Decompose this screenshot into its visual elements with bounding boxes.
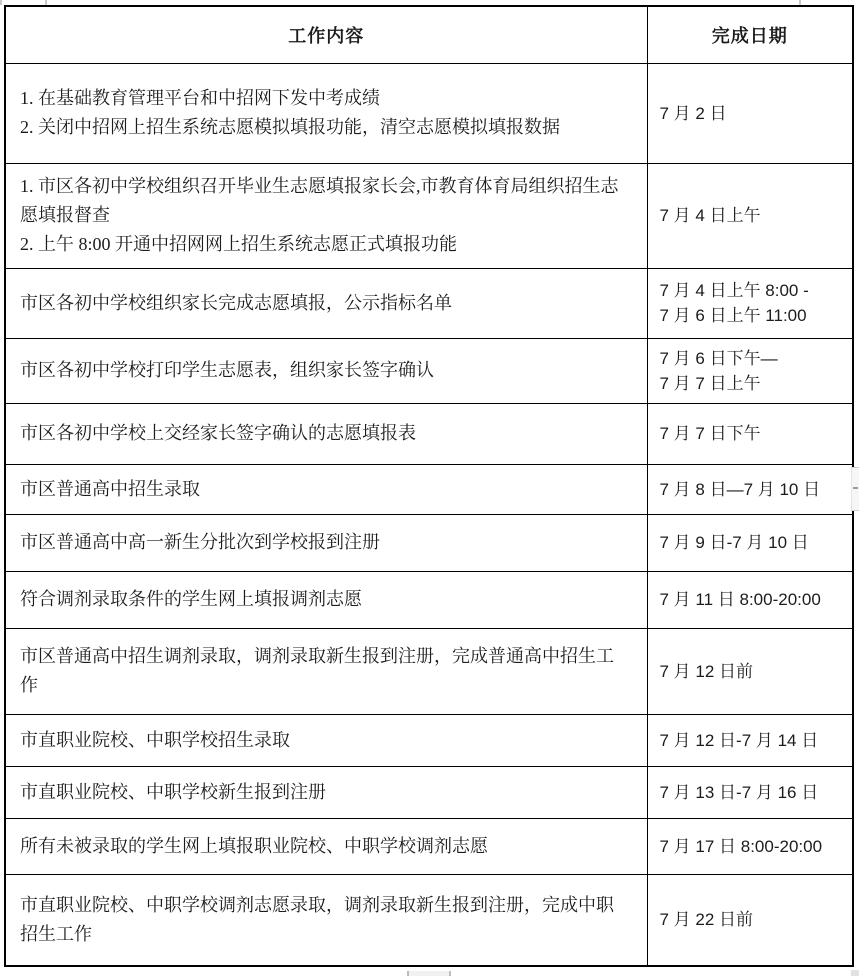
date-cell: 7 月 4 日上午 — [647, 163, 853, 268]
document-page: 工作内容 完成日期 1. 在基础教育管理平台和中招网下发中考成绩 2. 关闭中招… — [0, 0, 859, 976]
date-cell: 7 月 12 日-7 月 14 日 — [647, 714, 853, 766]
table-row: 市直职业院校、中职学校调剂志愿录取，调剂录取新生报到注册，完成中职招生工作 7 … — [5, 874, 853, 966]
table-row: 市区各初中学校组织家长完成志愿填报，公示指标名单 7 月 4 日上午 8:00 … — [5, 268, 853, 338]
table-row: 市区普通高中招生调剂录取，调剂录取新生报到注册，完成普通高中招生工作 7 月 1… — [5, 628, 853, 714]
date-cell: 7 月 17 日 8:00-20:00 — [647, 818, 853, 874]
date-cell: 7 月 4 日上午 8:00 - 7 月 6 日上午 11:00 — [647, 268, 853, 338]
table-row: 市区普通高中高一新生分批次到学校报到注册 7 月 9 日-7 月 10 日 — [5, 514, 853, 571]
work-content-cell: 符合调剂录取条件的学生网上填报调剂志愿 — [5, 571, 647, 628]
work-content-cell: 市直职业院校、中职学校招生录取 — [5, 714, 647, 766]
table-row: 市区各初中学校打印学生志愿表，组织家长签字确认 7 月 6 日下午— 7 月 7… — [5, 338, 853, 403]
date-cell: 7 月 11 日 8:00-20:00 — [647, 571, 853, 628]
work-content-cell: 所有未被录取的学生网上填报职业院校、中职学校调剂志愿 — [5, 818, 647, 874]
cell-stub-icon — [407, 971, 451, 976]
schedule-table: 工作内容 完成日期 1. 在基础教育管理平台和中招网下发中考成绩 2. 关闭中招… — [4, 5, 854, 967]
date-cell: 7 月 9 日-7 月 10 日 — [647, 514, 853, 571]
work-content-cell: 市区各初中学校组织家长完成志愿填报，公示指标名单 — [5, 268, 647, 338]
gridline-stub-icon — [0, 0, 2, 5]
table-header-row: 工作内容 完成日期 — [5, 6, 853, 63]
table-row: 市区各初中学校上交经家长签字确认的志愿填报表 7 月 7 日下午 — [5, 403, 853, 464]
date-cell: 7 月 13 日-7 月 16 日 — [647, 766, 853, 818]
table-row: 1. 市区各初中学校组织召开毕业生志愿填报家长会,市教育体育局组织招生志愿填报督… — [5, 163, 853, 268]
table-row: 市直职业院校、中职学校招生录取 7 月 12 日-7 月 14 日 — [5, 714, 853, 766]
table-row: 所有未被录取的学生网上填报职业院校、中职学校调剂志愿 7 月 17 日 8:00… — [5, 818, 853, 874]
table-row: 市直职业院校、中职学校新生报到注册 7 月 13 日-7 月 16 日 — [5, 766, 853, 818]
work-content-cell: 市区普通高中高一新生分批次到学校报到注册 — [5, 514, 647, 571]
date-cell: 7 月 6 日下午— 7 月 7 日上午 — [647, 338, 853, 403]
work-content-cell: 市区普通高中招生录取 — [5, 464, 647, 514]
work-content-cell: 市区各初中学校上交经家长签字确认的志愿填报表 — [5, 403, 647, 464]
date-cell: 7 月 12 日前 — [647, 628, 853, 714]
table-row: 市区普通高中招生录取 7 月 8 日—7 月 10 日 — [5, 464, 853, 514]
date-cell: 7 月 2 日 — [647, 63, 853, 163]
scrollbar-thumb[interactable] — [851, 467, 859, 511]
table-row: 符合调剂录取条件的学生网上填报调剂志愿 7 月 11 日 8:00-20:00 — [5, 571, 853, 628]
work-content-cell: 市区各初中学校打印学生志愿表，组织家长签字确认 — [5, 338, 647, 403]
work-content-cell: 1. 在基础教育管理平台和中招网下发中考成绩 2. 关闭中招网上招生系统志愿模拟… — [5, 63, 647, 163]
corner-mark-icon — [851, 970, 859, 976]
date-cell: 7 月 22 日前 — [647, 874, 853, 966]
table-row: 1. 在基础教育管理平台和中招网下发中考成绩 2. 关闭中招网上招生系统志愿模拟… — [5, 63, 853, 163]
work-content-cell: 市直职业院校、中职学校新生报到注册 — [5, 766, 647, 818]
date-cell: 7 月 8 日—7 月 10 日 — [647, 464, 853, 514]
work-content-cell: 市区普通高中招生调剂录取，调剂录取新生报到注册，完成普通高中招生工作 — [5, 628, 647, 714]
work-content-cell: 市直职业院校、中职学校调剂志愿录取，调剂录取新生报到注册，完成中职招生工作 — [5, 874, 647, 966]
column-header-date: 完成日期 — [647, 6, 853, 63]
work-content-cell: 1. 市区各初中学校组织召开毕业生志愿填报家长会,市教育体育局组织招生志愿填报督… — [5, 163, 647, 268]
column-header-work-content: 工作内容 — [5, 6, 647, 63]
date-cell: 7 月 7 日下午 — [647, 403, 853, 464]
